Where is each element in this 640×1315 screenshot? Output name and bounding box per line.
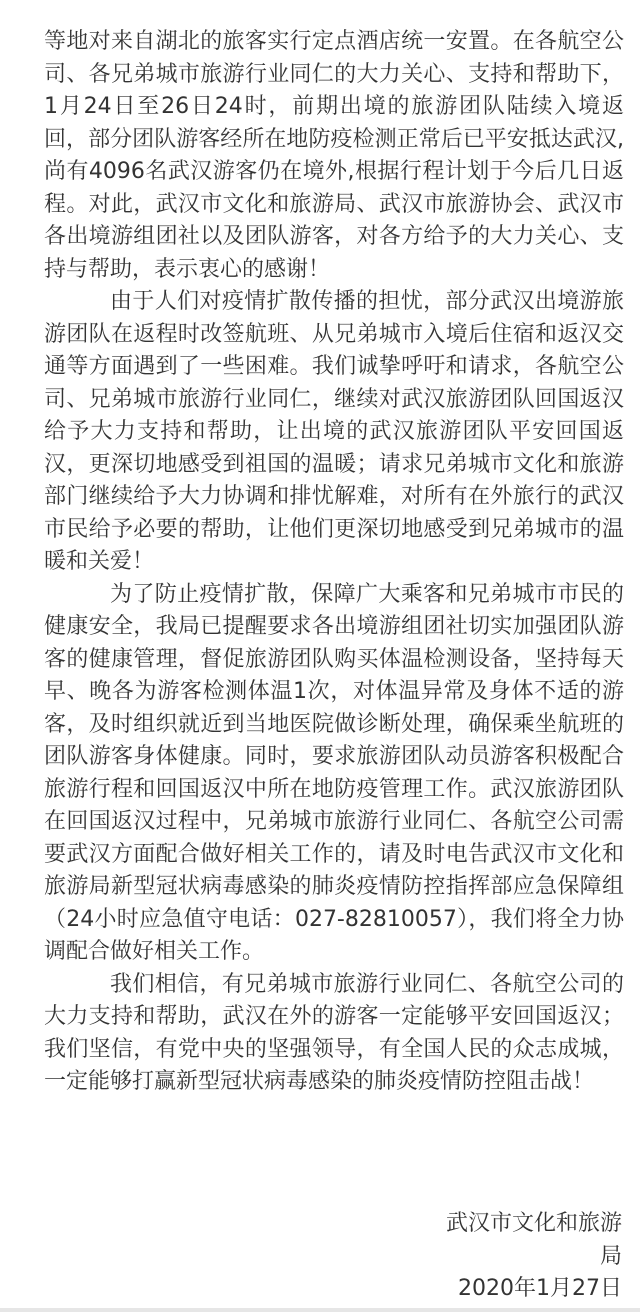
bottom-divider <box>0 1308 640 1312</box>
paragraph-appeal: 由于人们对疫情扩散传播的担忧，部分武汉出境游旅游团队在返程时改签航班、从兄弟城市… <box>44 286 624 579</box>
paragraph-intro-thanks: 等地对来自湖北的旅客实行定点酒店统一安置。在各航空公司、各兄弟城市旅游行业同仁的… <box>44 26 624 286</box>
signature-organization-line1: 武汉市文化和旅游 <box>402 1208 622 1241</box>
paragraph-health-measures: 为了防止疫情扩散，保障广大乘客和兄弟城市市民的健康安全，我局已提醒要求各出境游组… <box>44 579 624 969</box>
signature-date: 2020年1月27日 <box>402 1273 622 1306</box>
signature-organization-line2: 局 <box>402 1241 622 1274</box>
paragraph-confidence: 我们相信，有兄弟城市旅游行业同仁、各航空公司的大力支持和帮助，武汉在外的游客一定… <box>44 969 624 1099</box>
article-body: 等地对来自湖北的旅客实行定点酒店统一安置。在各航空公司、各兄弟城市旅游行业同仁的… <box>44 26 624 1099</box>
signature-block: 武汉市文化和旅游 局 2020年1月27日 <box>402 1208 622 1306</box>
